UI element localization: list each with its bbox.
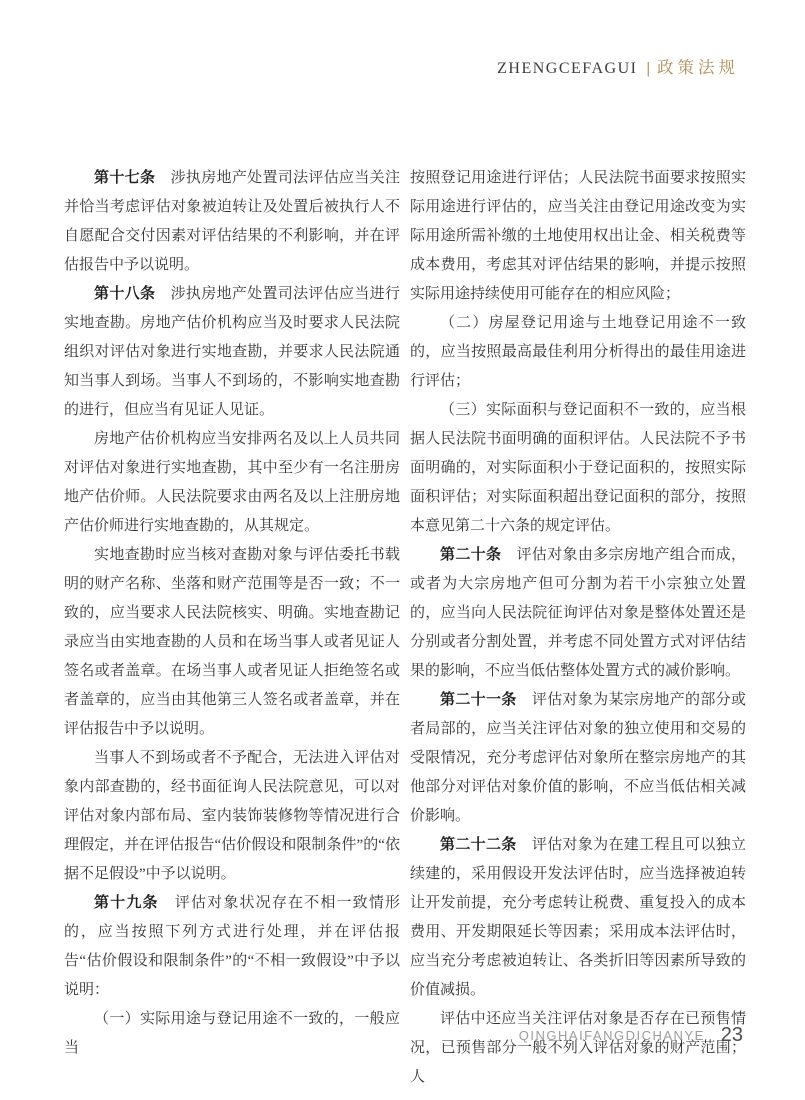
article-body: 第十七条 涉执房地产处置司法评估应当关注并恰当考虑评估对象被迫转让及处置后被执行…: [64, 164, 746, 1092]
paragraph: （一）实际用途与登记用途不一致的，一般应当: [64, 1005, 400, 1063]
left-column: 第十七条 涉执房地产处置司法评估应当关注并恰当考虑评估对象被迫转让及处置后被执行…: [64, 164, 400, 1092]
article-number: 第二十条: [440, 547, 501, 563]
paragraph: （二）房屋登记用途与土地登记用途不一致的，应当按照最高最佳利用分析得出的最佳用途…: [410, 309, 746, 396]
page-footer: QINGHAIFANGDICHANYE23: [519, 1024, 743, 1047]
journal-name: QINGHAIFANGDICHANYE: [519, 1028, 705, 1043]
paragraph: 评估中还应当关注评估对象是否存在已预售情况，已预售部分一般不列入评估对象的财产范…: [410, 1005, 746, 1092]
page-header: ZHENGCEFAGUI|政策法规: [497, 54, 739, 78]
header-divider: |: [646, 60, 650, 77]
paragraph: 当事人不到场或者不予配合，无法进入评估对象内部查勘的，经书面征询人民法院意见，可…: [64, 744, 400, 889]
article-paragraph: 第二十条 评估对象由多宗房地产组合而成，或者为大宗房地产但可分割为若干小宗独立处…: [410, 541, 746, 686]
article-number: 第十七条: [94, 170, 155, 186]
section-title-pinyin: ZHENGCEFAGUI: [497, 60, 637, 77]
paragraph: （三）实际面积与登记面积不一致的，应当根据人民法院书面明确的面积评估。人民法院不…: [410, 396, 746, 541]
article-paragraph: 第十八条 涉执房地产处置司法评估应当进行实地查勘。房地产估价机构应当及时要求人民…: [64, 280, 400, 425]
paragraph: 按照登记用途进行评估；人民法院书面要求按照实际用途进行评估的，应当关注由登记用途…: [410, 164, 746, 309]
paragraph: 房地产估价机构应当安排两名及以上人员共同对评估对象进行实地查勘，其中至少有一名注…: [64, 425, 400, 541]
article-paragraph: 第十七条 涉执房地产处置司法评估应当关注并恰当考虑评估对象被迫转让及处置后被执行…: [64, 164, 400, 280]
page-number: 23: [721, 1024, 743, 1046]
article-number: 第二十二条: [440, 837, 517, 853]
right-column: 按照登记用途进行评估；人民法院书面要求按照实际用途进行评估的，应当关注由登记用途…: [410, 164, 746, 1092]
magazine-page: ZHENGCEFAGUI|政策法规 第十七条 涉执房地产处置司法评估应当关注并恰…: [0, 0, 805, 1100]
section-title-chinese: 政策法规: [657, 58, 739, 77]
article-paragraph: 第二十二条 评估对象为在建工程且可以独立续建的，采用假设开发法评估时，应当选择被…: [410, 831, 746, 1005]
article-number: 第十八条: [94, 286, 155, 302]
article-number: 第十九条: [94, 895, 159, 911]
article-number: 第二十一条: [440, 692, 517, 708]
article-paragraph: 第十九条 评估对象状况存在不相一致情形的，应当按照下列方式进行处理，并在评估报告…: [64, 889, 400, 1005]
article-paragraph: 第二十一条 评估对象为某宗房地产的部分或者局部的，应当关注评估对象的独立使用和交…: [410, 686, 746, 831]
paragraph: 实地查勘时应当核对查勘对象与评估委托书载明的财产名称、坐落和财产范围等是否一致；…: [64, 541, 400, 744]
